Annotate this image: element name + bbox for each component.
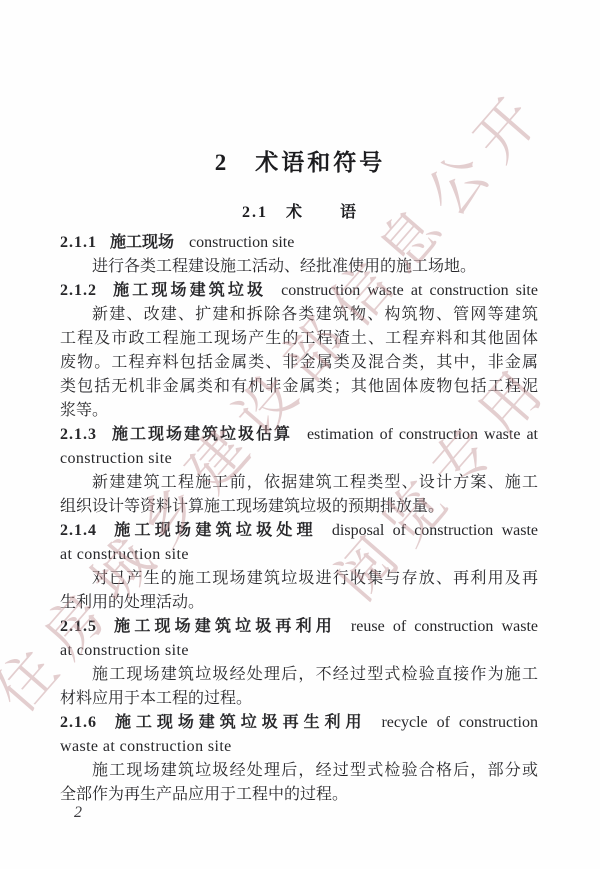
term-number: 2.1.4 — [60, 522, 97, 539]
term-name-cn: 施工现场建筑垃圾再生利用 — [110, 714, 366, 731]
term-name-en: recycle of construction — [381, 714, 538, 731]
paragraph-line: 全部作为再生产品应用于工程中的过程。 — [60, 783, 538, 807]
term-name-cn: 施工现场建筑垃圾处理 — [110, 522, 317, 539]
paragraph-line: 废物。工程弃料包括金属类、非金属类及混合类，其中，非金属 — [60, 351, 538, 375]
paragraph-line: 新建建筑工程施工前，依据建筑工程类型、设计方案、施工 — [60, 471, 538, 495]
paragraph-line: 工程及市政工程施工现场产生的工程渣土、工程弃料和其他固体 — [60, 327, 538, 351]
term-name-cn: 施工现场建筑垃圾估算 — [110, 426, 292, 443]
term-number: 2.1.5 — [60, 618, 97, 635]
term-number: 2.1.3 — [60, 426, 97, 443]
term-definition-line: 2.1.5施工现场建筑垃圾再利用reuse of construction wa… — [60, 615, 538, 639]
page-number: 2 — [74, 804, 82, 822]
terms-body: 2.1.1施工现场construction site进行各类工程建设施工活动、经… — [60, 231, 538, 807]
paragraph-line: 施工现场建筑垃圾经处理后，经过型式检验合格后，部分或 — [60, 759, 538, 783]
term-name-cn: 施工现场建筑垃圾再利用 — [110, 618, 336, 635]
term-name-en-continuation: at construction site — [60, 639, 538, 663]
term-name-en: construction waste at construction site — [281, 282, 538, 299]
term-number: 2.1.6 — [60, 714, 97, 731]
paragraph-line: 类包括无机非金属类和有机非金属类；其他固体废物包括工程泥 — [60, 375, 538, 399]
paragraph-line: 生利用的处理活动。 — [60, 591, 538, 615]
term-name-en-continuation: construction site — [60, 447, 538, 471]
term-definition-line: 2.1.3施工现场建筑垃圾估算estimation of constructio… — [60, 423, 538, 447]
term-name-en: construction site — [189, 234, 294, 251]
paragraph-line: 进行各类工程建设施工活动、经批准使用的施工场地。 — [60, 255, 538, 279]
term-name-cn: 施工现场建筑垃圾 — [110, 282, 266, 299]
paragraph-line: 对已产生的施工现场建筑垃圾进行收集与存放、再利用及再 — [60, 567, 538, 591]
section-title: 2.1 术 语 — [0, 199, 600, 222]
chapter-title: 2 术语和符号 — [0, 144, 600, 177]
term-name-en: reuse of construction waste — [351, 618, 538, 635]
term-number: 2.1.2 — [60, 282, 97, 299]
paragraph-line: 组织设计等资料计算施工现场建筑垃圾的预期排放量。 — [60, 495, 538, 519]
paragraph-line: 施工现场建筑垃圾经处理后，不经过型式检验直接作为施工 — [60, 663, 538, 687]
term-name-cn: 施工现场 — [110, 234, 174, 251]
paragraph-line: 浆等。 — [60, 399, 538, 423]
term-name-en: estimation of construction waste at — [307, 426, 538, 443]
term-definition-line: 2.1.1施工现场construction site — [60, 231, 538, 255]
term-number: 2.1.1 — [60, 234, 97, 251]
term-name-en-continuation: waste at construction site — [60, 735, 538, 759]
document-page: 住房城乡建设部信息公开 阅览专用 2 术语和符号 2.1 术 语 2.1.1施工… — [0, 0, 600, 869]
term-definition-line: 2.1.4施工现场建筑垃圾处理disposal of construction … — [60, 519, 538, 543]
term-name-en-continuation: at construction site — [60, 543, 538, 567]
term-definition-line: 2.1.6施工现场建筑垃圾再生利用recycle of construction — [60, 711, 538, 735]
paragraph-line: 材料应用于本工程的过程。 — [60, 687, 538, 711]
paragraph-line: 新建、改建、扩建和拆除各类建筑物、构筑物、管网等建筑 — [60, 303, 538, 327]
term-name-en: disposal of construction waste — [332, 522, 538, 539]
term-definition-line: 2.1.2施工现场建筑垃圾construction waste at const… — [60, 279, 538, 303]
